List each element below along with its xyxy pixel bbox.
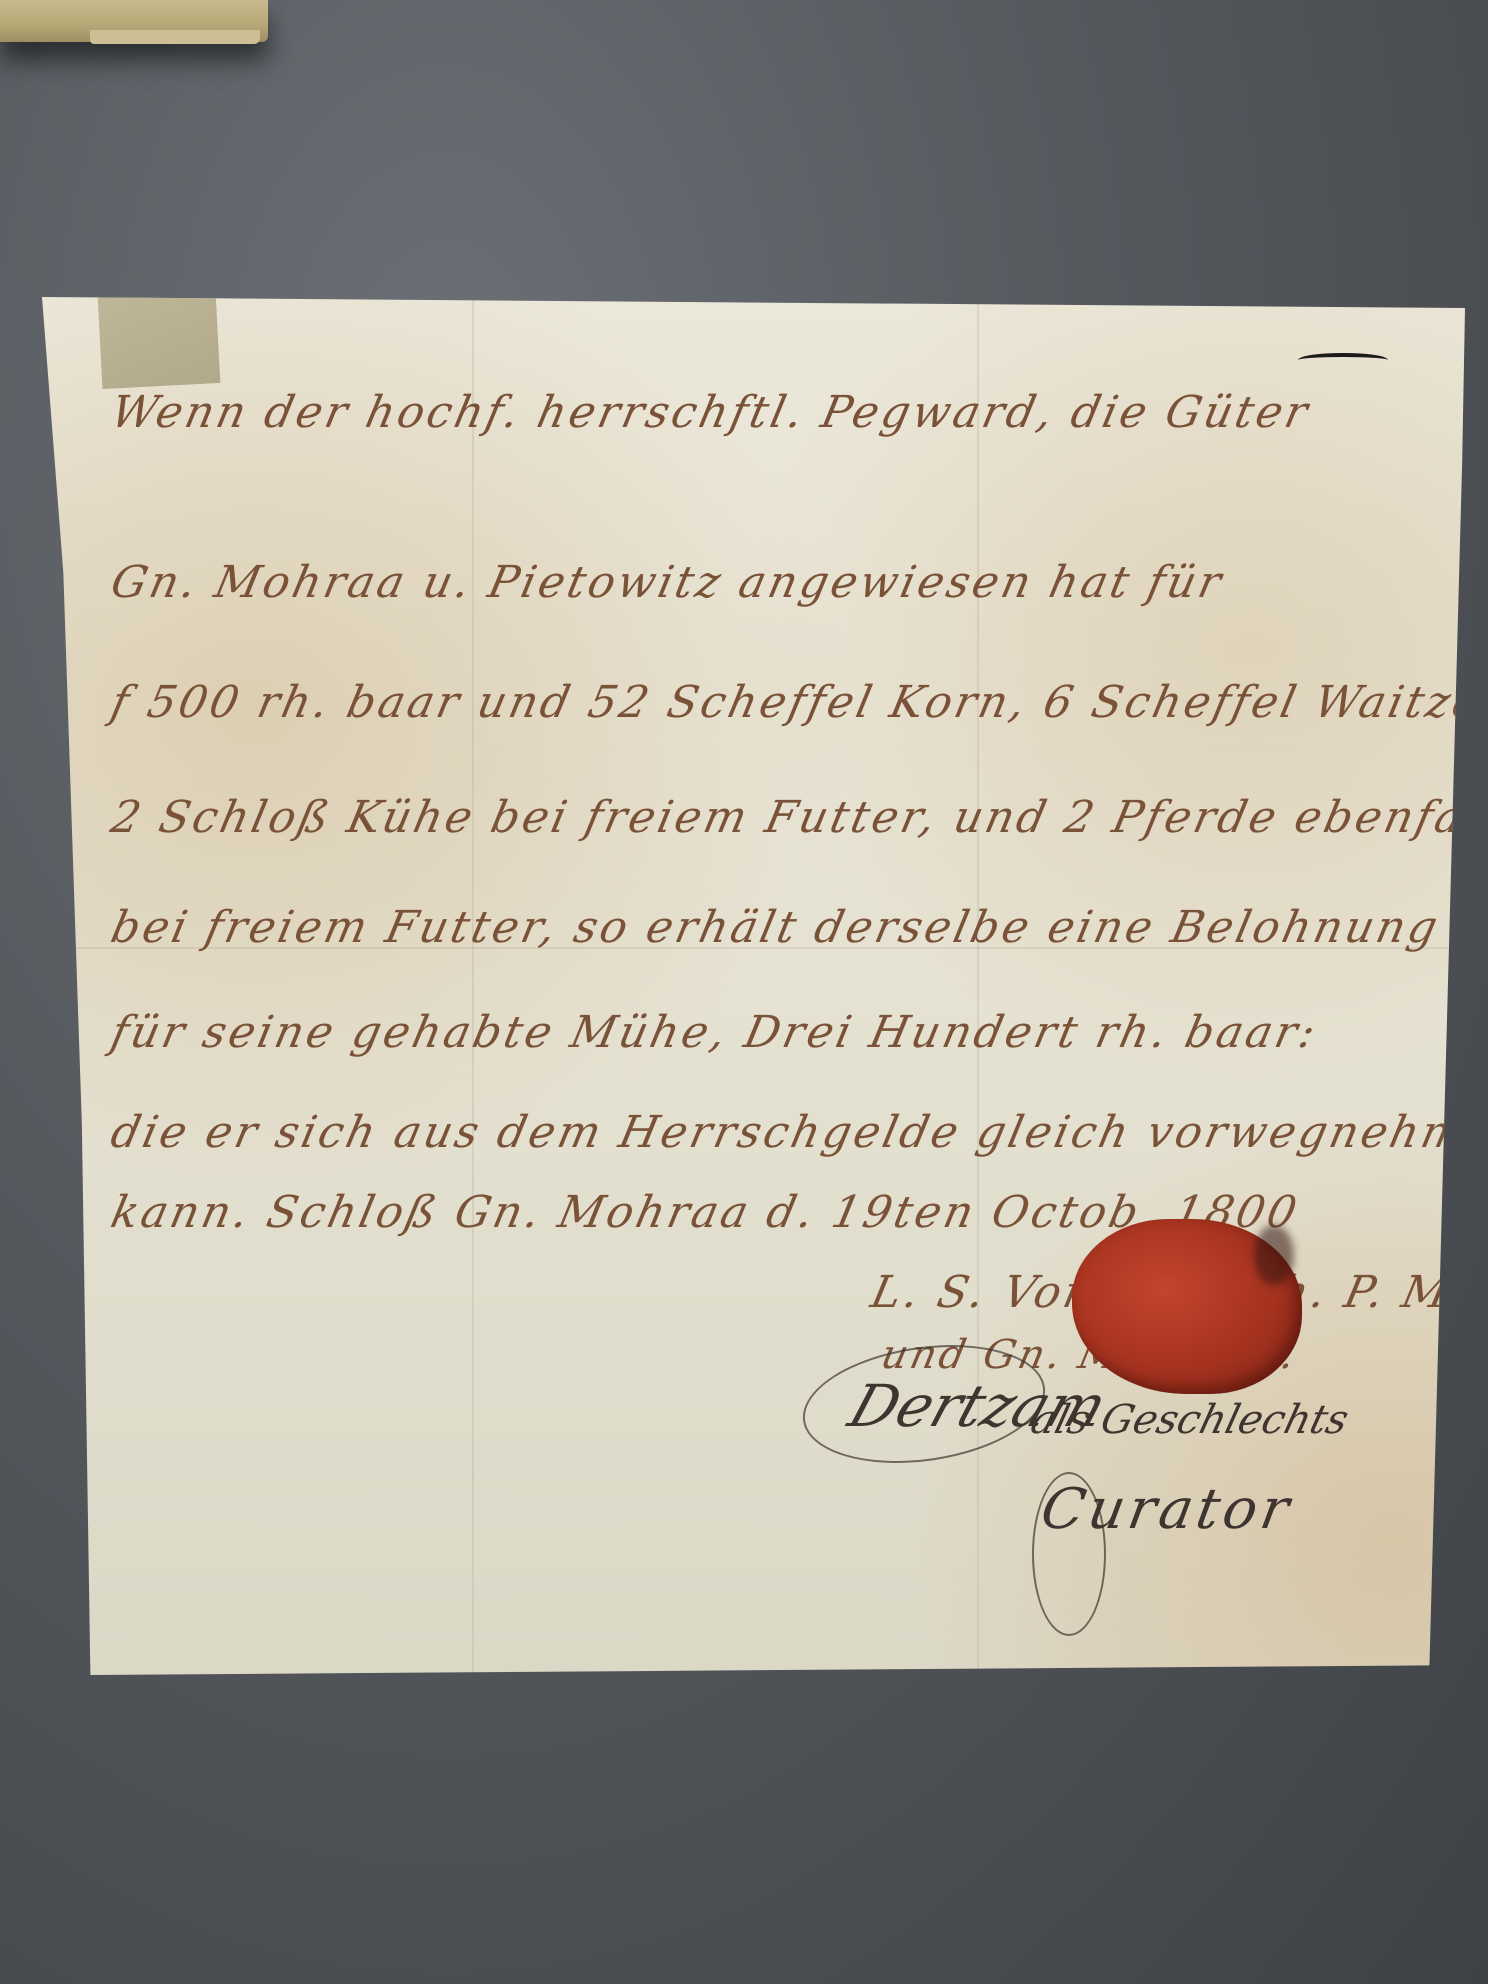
tape-patch [98, 291, 221, 389]
text-line-5: bei freiem Futter, so erhält derselbe ei… [107, 902, 1445, 953]
ink-mark [1298, 353, 1388, 367]
text-line-6: für seine gehabte Mühe, Drei Hundert rh.… [107, 1007, 1323, 1058]
paper-stack-corner [0, 0, 268, 42]
document-sheet: Wenn der hochf. herrschftl. Pegward, die… [42, 297, 1465, 1675]
fold-line [977, 297, 979, 1675]
wax-seal [1072, 1219, 1302, 1394]
signature-role: als Geschlechts [1026, 1397, 1353, 1443]
text-line-4: 2 Schloß Kühe bei freiem Futter, und 2 P… [107, 792, 1488, 843]
text-line-1: Wenn der hochf. herrschftl. Pegward, die… [107, 387, 1315, 438]
fold-line [472, 297, 474, 1675]
text-line-2: Gn. Mohraa u. Pietowitz angewiesen hat f… [107, 557, 1229, 608]
signature-title: Curator [1036, 1477, 1298, 1542]
text-line-7: die er sich aus dem Herrschgelde gleich … [107, 1107, 1488, 1158]
text-line-3: f 500 rh. baar und 52 Scheffel Korn, 6 S… [107, 677, 1488, 728]
